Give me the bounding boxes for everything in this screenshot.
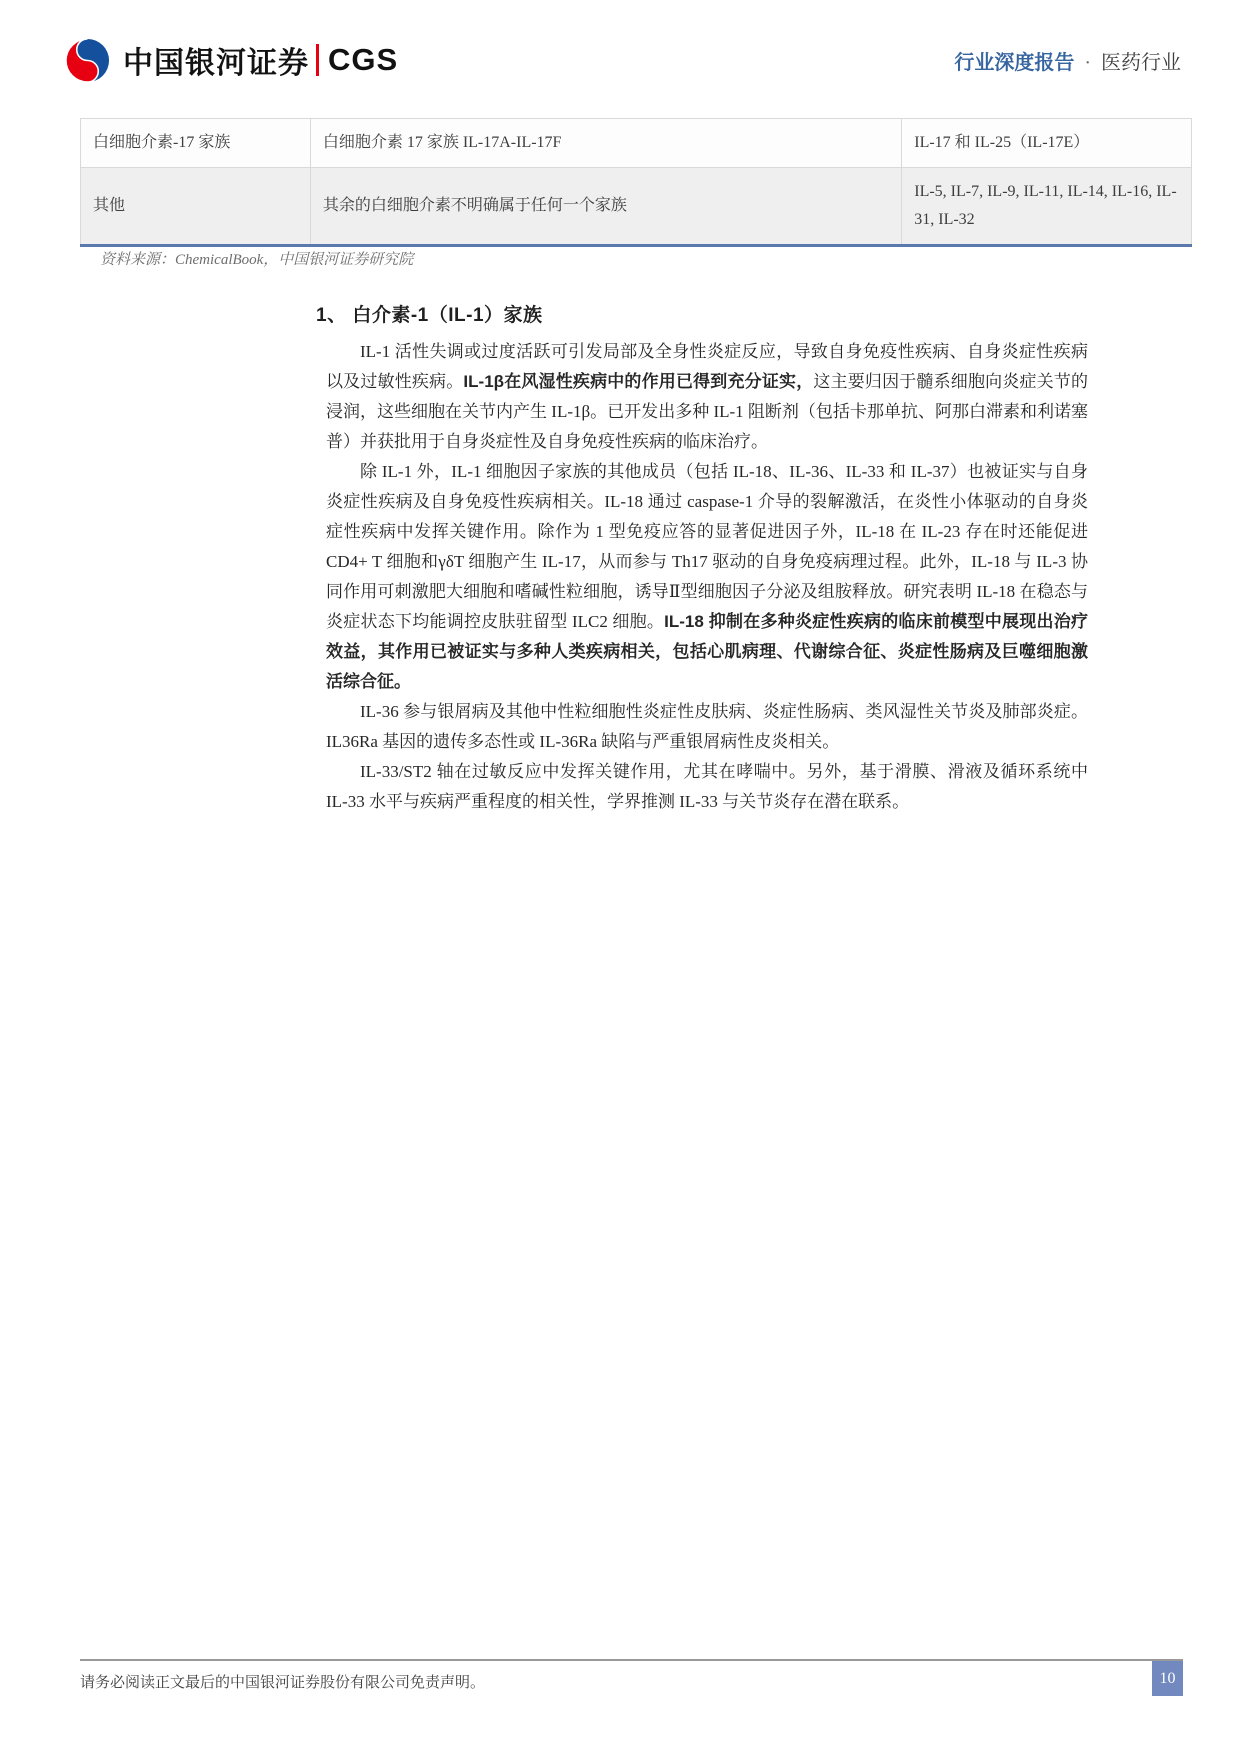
source-note: 资料来源：ChemicalBook，中国银河证券研究院: [100, 248, 413, 269]
table-cell-description: 其余的白细胞介素不明确属于任何一个家族: [310, 168, 901, 246]
report-type-label: 行业深度报告: [954, 52, 1074, 74]
header-separator: ·: [1084, 52, 1091, 74]
brand-name-en: CGS: [328, 42, 398, 78]
interleukin-family-table: 白细胞介素-17 家族 白细胞介素 17 家族 IL-17A-IL-17F IL…: [80, 118, 1192, 247]
paragraph: 除 IL-1 外，IL-1 细胞因子家族的其他成员（包括 IL-18、IL-36…: [326, 457, 1088, 697]
table-cell-members: IL-5, IL-7, IL-9, IL-11, IL-14, IL-16, I…: [902, 168, 1192, 246]
footer-divider: [80, 1659, 1183, 1661]
header-report-title: 行业深度报告·医药行业: [954, 46, 1181, 75]
table-cell-members: IL-17 和 IL-25（IL-17E）: [902, 119, 1192, 168]
paragraph-text: IL-36 参与银屑病及其他中性粒细胞性炎症性皮肤病、炎症性肠病、类风湿性关节炎…: [326, 702, 1088, 751]
section-heading: 1、 白介素-1（IL-1）家族: [316, 300, 1088, 327]
table-cell-family: 白细胞介素-17 家族: [81, 119, 311, 168]
paragraph-text: IL-33/ST2 轴在过敏反应中发挥关键作用，尤其在哮喘中。另外，基于滑膜、滑…: [326, 762, 1088, 811]
table-row: 白细胞介素-17 家族 白细胞介素 17 家族 IL-17A-IL-17F IL…: [81, 119, 1192, 168]
table-cell-description: 白细胞介素 17 家族 IL-17A-IL-17F: [310, 119, 901, 168]
paragraph: IL-36 参与银屑病及其他中性粒细胞性炎症性皮肤病、炎症性肠病、类风湿性关节炎…: [326, 697, 1088, 757]
report-page: 中国银河证券 CGS 行业深度报告·医药行业 白细胞介素-17 家族 白细胞介素…: [0, 0, 1241, 1755]
galaxy-logo-icon: [64, 37, 111, 84]
brand-name-cn: 中国银河证券: [123, 38, 309, 82]
brand: 中国银河证券 CGS: [64, 37, 398, 84]
footer-disclaimer: 请务必阅读正文最后的中国银河证券股份有限公司免责声明。: [80, 1671, 485, 1692]
paragraph-text: 除 IL-1 外，IL-1 细胞因子家族的其他成员（包括 IL-18、IL-36…: [326, 462, 1088, 631]
industry-label: 医药行业: [1101, 52, 1181, 74]
paragraph: IL-33/ST2 轴在过敏反应中发挥关键作用，尤其在哮喘中。另外，基于滑膜、滑…: [326, 757, 1088, 817]
page-number-badge: 10: [1152, 1661, 1183, 1696]
paragraph-text-bold: IL-1β在风湿性疾病中的作用已得到充分证实，: [463, 372, 813, 391]
table-cell-family: 其他: [81, 168, 311, 246]
section-body: 1、 白介素-1（IL-1）家族 IL-1 活性失调或过度活跃可引发局部及全身性…: [316, 300, 1088, 817]
brand-divider: [316, 44, 319, 76]
paragraph: IL-1 活性失调或过度活跃可引发局部及全身性炎症反应，导致自身免疫性疾病、自身…: [326, 337, 1088, 457]
table-row: 其他 其余的白细胞介素不明确属于任何一个家族 IL-5, IL-7, IL-9,…: [81, 168, 1192, 246]
page-header: 中国银河证券 CGS 行业深度报告·医药行业: [64, 34, 1181, 86]
